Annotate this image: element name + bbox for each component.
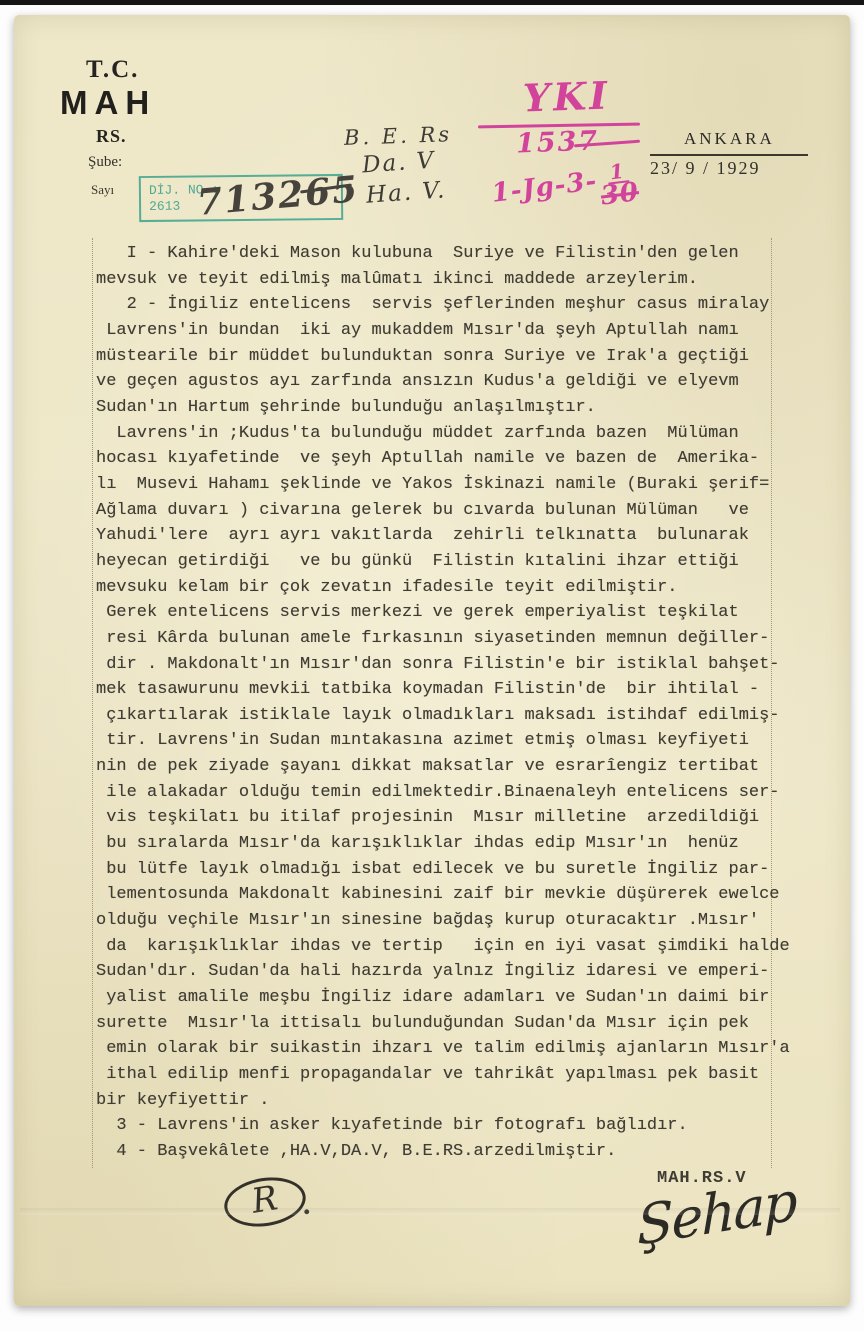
city-underline [650,154,808,156]
monogram-period: . [303,1188,311,1222]
left-margin-rule [92,238,93,1168]
sayi-label: Sayı [91,182,114,198]
typed-report-text: I - Kahire'deki Mason kulubuna Suriye ve… [96,241,786,1165]
monogram-letter: R [249,1178,281,1222]
sube-label: Şube: [88,154,122,171]
paper-crease [20,1208,840,1215]
scanned-document-page: T.C. MAH RS. Şube: Sayı ANKARA 23/ 9 / 1… [0,0,864,1332]
letterhead-mah: MAH [60,84,156,122]
handwritten-routing-ber: B. E. Rs [344,122,453,150]
pink-archive-code: YKI [522,72,610,120]
date-value: 23/ 9 / 1929 [650,158,761,179]
city-label: ANKARA [684,129,775,149]
pink-fraction-bottom: 30 [600,181,641,208]
handwritten-routing-dav: Da. V [361,147,436,178]
scan-top-strip [0,0,864,5]
letterhead-rs: RS. [96,126,127,147]
letterhead-tc: T.C. [86,56,139,84]
pink-fraction: 1 30 [597,161,640,207]
